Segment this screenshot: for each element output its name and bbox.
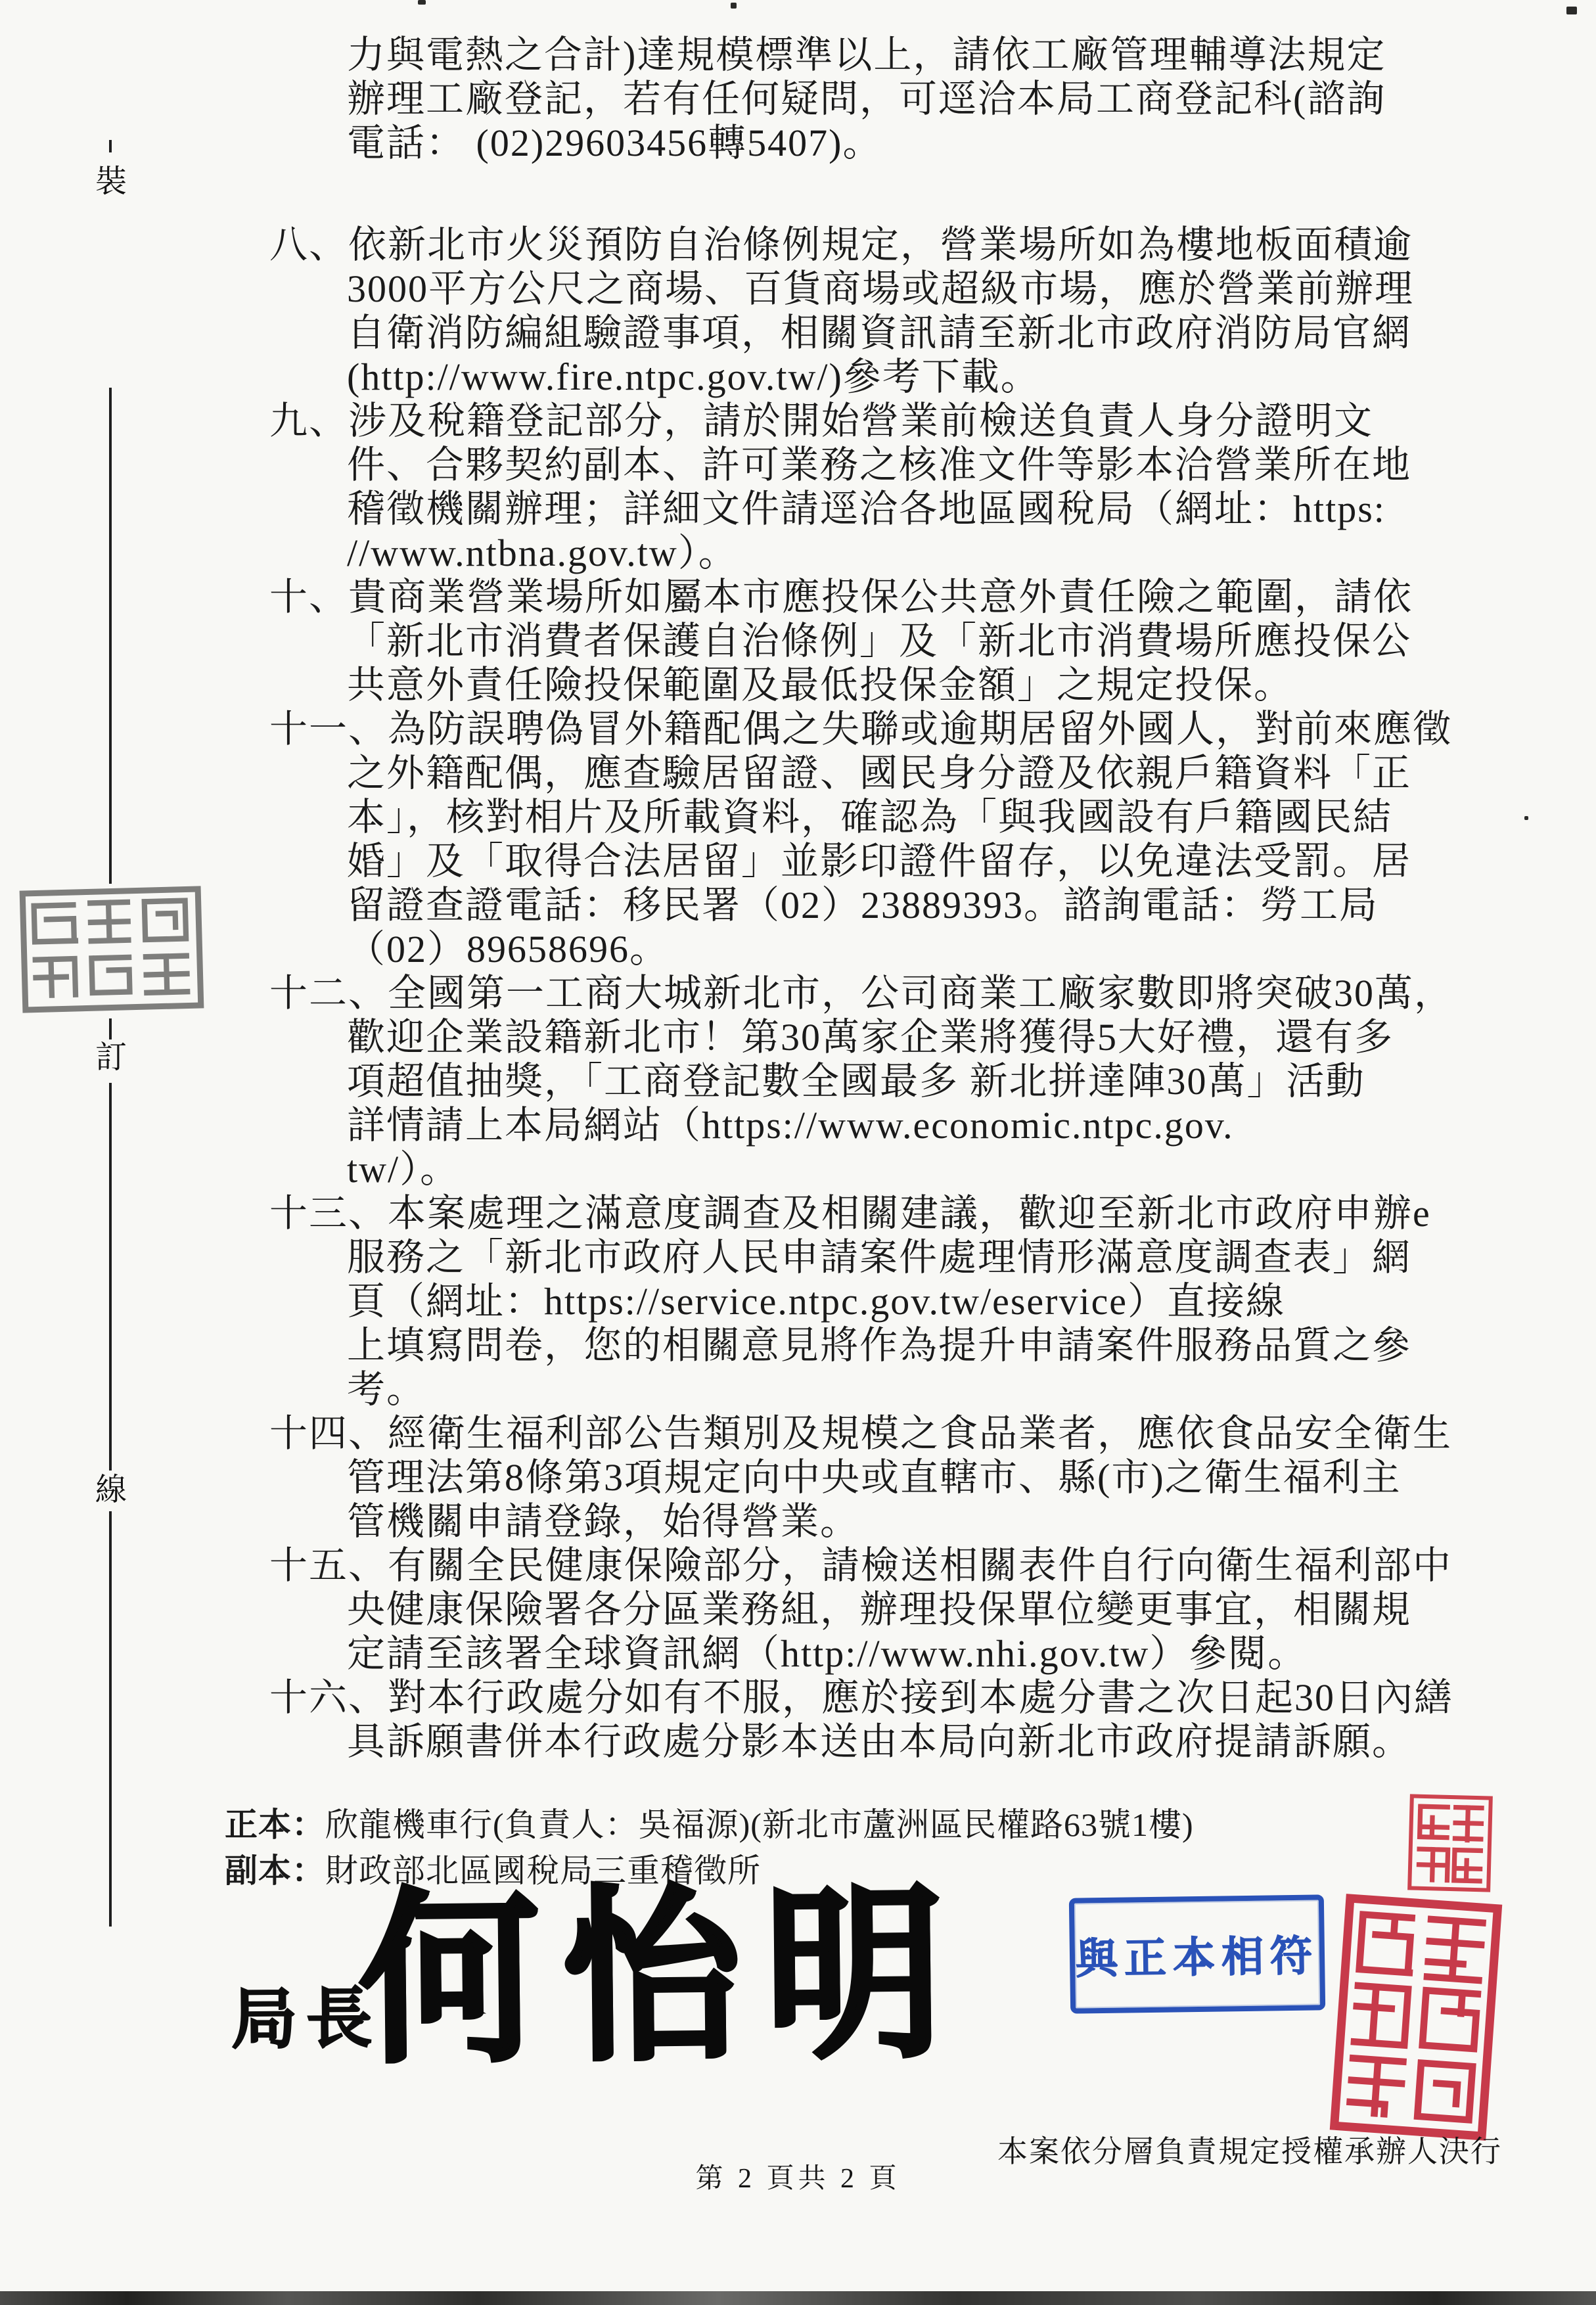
certified-true-copy-stamp: 與正本相符 <box>1069 1894 1325 2013</box>
binding-label-zhuang: 裝 <box>93 166 129 198</box>
body-line: 力與電熱之合計)達規模標準以上，請依工廠管理輔導法規定 <box>269 33 1531 77</box>
body-line: （02）89658696。 <box>269 927 1531 971</box>
binding-label-xian: 線 <box>93 1474 129 1507</box>
body-line: 歡迎企業設籍新北市！第30萬家企業將獲得5大好禮，還有多 <box>269 1015 1531 1059</box>
body-line: 頁（網址：https://service.ntpc.gov.tw/eservic… <box>269 1279 1531 1323</box>
body-line: 管機關申請登錄，始得營業。 <box>269 1499 1531 1543</box>
binding-rail-segment <box>109 388 112 884</box>
body-line: 項超值抽獎，「工商登記數全國最多 新北拼達陣30萬」活動 <box>269 1059 1531 1103</box>
item-number-label: 十、 <box>269 576 348 618</box>
body-line: (http://www.fire.ntpc.gov.tw/)參考下載。 <box>269 355 1531 399</box>
item-number-label: 九、 <box>269 399 348 442</box>
body-text: 力與電熱之合計)達規模標準以上，請依工廠管理輔導法規定辦理工廠登記，若有任何疑問… <box>269 33 1531 1764</box>
binding-rail-segment <box>109 1018 112 1039</box>
body-line: 考。 <box>269 1367 1531 1411</box>
body-line: 3000平方公尺之商場、百貨商場或超級市場，應於營業前辦理 <box>269 267 1531 311</box>
recipient-line: 正本：欣龍機車行(負責人：吳福源)(新北市蘆洲區民權路63號1樓) <box>225 1802 1194 1848</box>
body-line: //www.ntbna.gov.tw）。 <box>269 531 1531 575</box>
scanned-document-page: 裝 訂 線 力與電熱之合計)達規模標準以上，請依工廠管理輔導法規定辦理工廠登記，… <box>0 0 1596 2305</box>
binding-label-ding: 訂 <box>93 1041 129 1074</box>
item-number-label: 十五、 <box>269 1544 388 1587</box>
body-line: 管理法第8條第3項規定向中央或直轄市、縣(市)之衛生福利主 <box>269 1455 1531 1499</box>
certified-true-copy-stamp-label: 與正本相符 <box>1075 1922 1319 1986</box>
body-line: 具訴願書併本行政處分影本送由本局向新北市政府提請訴願。 <box>269 1720 1531 1764</box>
body-line: 十、貴商業營業場所如屬本市應投保公共意外責任險之範圍，請依 <box>269 575 1531 619</box>
body-line: 婚」及「取得合法居留」並影印證件留存，以免違法受罰。居 <box>269 839 1531 883</box>
binding-rail-segment <box>109 1511 112 1927</box>
body-line: 十五、有關全民健康保險部分，請檢送相關表件自行向衛生福利部中 <box>269 1543 1531 1587</box>
large-red-official-seal-icon <box>1330 1894 1503 2141</box>
body-line: 上填寫問卷，您的相關意見將作為提升申請案件服務品質之參 <box>269 1323 1531 1367</box>
recipient-label: 副本： <box>225 1852 325 1889</box>
scan-noise-band <box>0 2291 1596 2305</box>
body-line: 服務之「新北市政府人民申請案件處理情形滿意度調查表」網 <box>269 1235 1531 1279</box>
body-line: 共意外責任險投保範圍及最低投保金額」之規定投保。 <box>269 663 1531 707</box>
page-indicator: 第 2 頁共 2 頁 <box>0 2157 1596 2196</box>
binding-rail-segment <box>109 1083 112 1471</box>
body-line: 件、合夥契約副本、許可業務之核准文件等影本洽營業所在地 <box>269 443 1531 487</box>
body-line: 本」，核對相片及所載資料，確認為「與我國設有戶籍國民結 <box>269 795 1531 839</box>
body-line: 定請至該署全球資訊網（http://www.nhi.gov.tw）參閱。 <box>269 1632 1531 1676</box>
body-line: 辦理工廠登記，若有任何疑問，可逕洽本局工商登記科(諮詢 <box>269 77 1531 121</box>
item-number-label: 十四、 <box>269 1412 388 1455</box>
body-line: 電話： (02)29603456轉5407)。 <box>269 121 1531 165</box>
recipient-label: 正本： <box>225 1806 325 1843</box>
scan-speck <box>731 3 737 9</box>
body-line: 詳情請上本局網站（https://www.economic.ntpc.gov. <box>269 1103 1531 1147</box>
item-number-label: 十一、 <box>269 708 388 750</box>
body-line: 留證查證電話：移民署（02）23889393。諮詢電話：勞工局 <box>269 883 1531 927</box>
scan-speck <box>1566 7 1577 14</box>
body-line: 十六、對本行政處分如有不服，應於接到本處分書之次日起30日內繕 <box>269 1676 1531 1720</box>
body-line: 十一、為防誤聘偽冒外籍配偶之失聯或逾期居留外國人，對前來應徵 <box>269 707 1531 751</box>
binding-rail-segment <box>109 140 112 152</box>
item-number-label: 十二、 <box>269 972 388 1015</box>
gray-receipt-stamp-icon <box>20 886 204 1013</box>
signature-calligraphy: 何怡明 <box>359 1867 968 2091</box>
body-line: 自衛消防編組驗證事項，相關資訊請至新北市政府消防局官網 <box>269 311 1531 355</box>
item-number-label: 十三、 <box>269 1192 388 1235</box>
body-line: tw/）。 <box>269 1147 1531 1191</box>
body-line: 十四、經衛生福利部公告類別及規模之食品業者，應依食品安全衛生 <box>269 1411 1531 1455</box>
item-number-label: 八、 <box>269 223 348 266</box>
scan-speck <box>418 0 426 5</box>
body-line: 「新北市消費者保護自治條例」及「新北市消費場所應投保公 <box>269 619 1531 663</box>
small-red-seal-icon <box>1407 1794 1493 1892</box>
item-number-label: 十六、 <box>269 1676 388 1719</box>
body-line: 十三、本案處理之滿意度調查及相關建議，歡迎至新北市政府申辦e <box>269 1191 1531 1235</box>
body-line: 十二、全國第一工商大城新北市，公司商業工廠家數即將突破30萬， <box>269 971 1531 1015</box>
body-line: 八、依新北市火災預防自治條例規定，營業場所如為樓地板面積逾 <box>269 223 1531 267</box>
body-line: 央健康保險署各分區業務組，辦理投保單位變更事宜，相關規 <box>269 1587 1531 1632</box>
body-line: 稽徵機關辦理；詳細文件請逕洽各地區國稅局（網址：https: <box>269 487 1531 531</box>
body-line: 九、涉及稅籍登記部分，請於開始營業前檢送負責人身分證明文 <box>269 399 1531 443</box>
scan-speck <box>1524 816 1528 820</box>
signature-title: 局長 <box>231 1965 381 2061</box>
body-line: 之外籍配偶，應查驗居留證、國民身分證及依親戶籍資料「正 <box>269 751 1531 795</box>
